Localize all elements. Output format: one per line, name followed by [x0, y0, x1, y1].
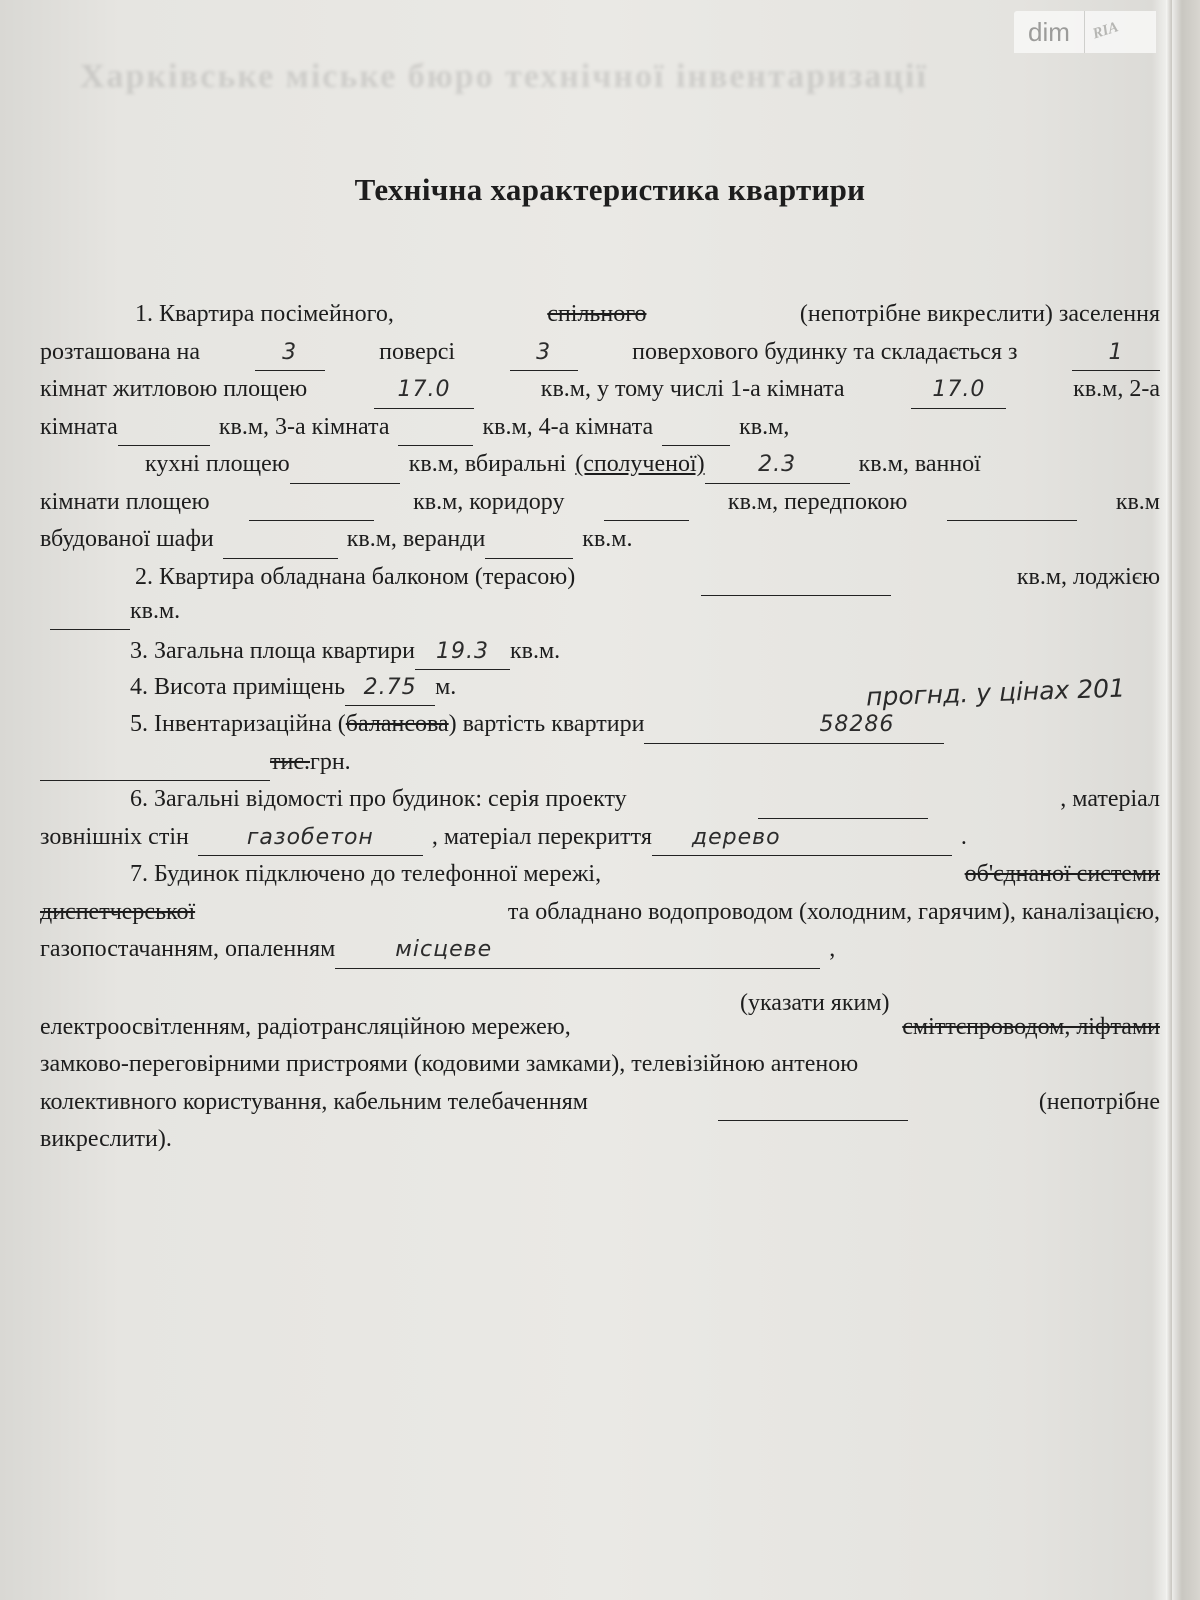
balcony-area-field	[701, 569, 891, 596]
section7-line4: електроосвітленням, радіотрансляційною м…	[40, 1009, 1160, 1047]
room2-area-field	[118, 419, 210, 446]
cable-tv-field	[718, 1094, 908, 1121]
struck-text: об'єднаної системи	[965, 856, 1160, 894]
living-area-value: 17.0	[374, 371, 474, 409]
text: (непотрібне викреслити) заселення	[800, 296, 1160, 334]
section7-line5: замково-переговірними пристроями (кодови…	[40, 1046, 1160, 1084]
section7-line3: газопостачанням, опаленням місцеве ,	[40, 931, 1160, 969]
document-body: 1. Квартира посімейного, спільного (непо…	[40, 296, 1160, 1159]
text: кв.м, лоджією	[1017, 559, 1160, 597]
text: кв.м, передпокою	[728, 484, 907, 522]
total-area-field: 19.3	[415, 643, 510, 670]
struck-text: балансова	[346, 711, 449, 737]
text: кв.м, коридору	[413, 484, 564, 522]
text: поверсі	[379, 334, 455, 372]
text: кв.м, у тому числі 1-а кімната	[541, 371, 845, 409]
text: (непотрібне	[1039, 1084, 1160, 1122]
wall-material-field: газобетон	[198, 829, 423, 856]
struck-text: тис.	[270, 749, 310, 775]
section1-line6: кімнати площею кв.м, коридору кв.м, пере…	[40, 484, 1160, 522]
text: кімната	[40, 409, 118, 447]
struck-text: спільного	[547, 296, 646, 334]
section7-line6: колективного користування, кабельним тел…	[40, 1084, 1160, 1122]
text: кв.м, ванної	[859, 446, 981, 484]
text: розташована на	[40, 334, 200, 372]
toilet-area-field: 2.3	[705, 457, 850, 484]
veranda-area-field	[485, 532, 573, 559]
section1-line5: кухні площею кв.м, вбиральні (сполученої…	[40, 446, 1160, 484]
heating-caption: (указати яким)	[740, 990, 890, 1017]
loggia-area-field	[50, 603, 130, 630]
closet-area-field	[223, 532, 338, 559]
text: 6. Загальні відомості про будинок: серія…	[130, 781, 627, 819]
section1-line3: кімнат житловою площею 17.0 кв.м, у тому…	[40, 371, 1160, 409]
heating-field: місцеве	[335, 942, 820, 969]
text: кв.м, 3-а кімната	[219, 409, 390, 447]
heating-value: місцеве	[335, 931, 820, 969]
room1-area-field: 17.0	[911, 382, 1006, 409]
section2-line2: кв.м.	[40, 596, 1160, 630]
room3-area-field	[398, 419, 473, 446]
section3-line: 3. Загальна площа квартири 19.3 кв.м.	[40, 630, 1160, 670]
section1-line2: розташована на 3 поверсі 3 поверхового б…	[40, 334, 1160, 372]
text: тис.грн.	[270, 744, 351, 782]
struck-text: сміттєпроводом, ліфтами	[902, 1009, 1160, 1047]
text: 1. Квартира посімейного,	[135, 296, 394, 334]
total-area-value: 19.3	[415, 633, 510, 671]
height-value: 2.75	[345, 669, 435, 707]
text: кв.м.	[130, 593, 180, 631]
text: , матеріал	[1060, 781, 1160, 819]
section1-line7: вбудованої шафи кв.м, веранди кв.м.	[40, 521, 1160, 559]
text: кв.м	[1116, 484, 1160, 522]
height-field: 2.75	[345, 679, 435, 706]
text: та обладнано водопроводом (холодним, гар…	[508, 894, 1160, 932]
section1-line1: 1. Квартира посімейного, спільного (непо…	[40, 296, 1160, 334]
inventory-value-cont-field	[40, 754, 270, 781]
floor-material-field: дерево	[652, 829, 952, 856]
living-area-field: 17.0	[374, 382, 474, 409]
text: 4. Висота приміщень	[130, 669, 345, 707]
text: кв.м,	[739, 409, 789, 447]
toilet-area-value: 2.3	[705, 446, 850, 484]
wall-material-value: газобетон	[198, 819, 423, 857]
page-edge	[1166, 0, 1172, 1600]
section7-line7: викреслити).	[40, 1121, 1160, 1159]
text: кв.м, веранди	[347, 521, 486, 559]
text: .	[961, 819, 967, 857]
section2-line1: 2. Квартира обладнана балконом (терасою)…	[40, 559, 1160, 597]
section1-line4: кімната кв.м, 3-а кімната кв.м, 4-а кімн…	[40, 409, 1160, 447]
struck-text: диспетчерської	[40, 894, 195, 932]
floors-total-value: 3	[510, 334, 578, 372]
text: електроосвітленням, радіотрансляційною м…	[40, 1009, 571, 1047]
text: поверхового будинку та складається з	[632, 334, 1017, 372]
text: 5. Інвентаризаційна (балансова) вартість…	[130, 706, 644, 744]
text: газопостачанням, опаленням	[40, 931, 335, 969]
text: колективного користування, кабельним тел…	[40, 1084, 588, 1122]
inventory-value: 58286	[644, 706, 944, 744]
text: кімнат житловою площею	[40, 371, 307, 409]
text: , матеріал перекриття	[432, 819, 652, 857]
section7-line2: диспетчерської та обладнано водопроводом…	[40, 894, 1160, 932]
section5-line2: тис.грн.	[40, 744, 1160, 782]
watermark-ria-logo-icon: RIA	[1083, 19, 1120, 46]
text: кімнати площею	[40, 484, 210, 522]
text: кв.м, 2-а	[1073, 371, 1160, 409]
watermark-dim: dim	[1014, 11, 1085, 53]
document-title: Технічна характеристика квартири	[0, 172, 1200, 208]
text: викреслити).	[40, 1121, 172, 1159]
bathroom-area-field	[249, 494, 374, 521]
text: кв.м, вбиральні	[409, 446, 567, 484]
floor-field: 3	[255, 344, 325, 371]
section5-line1: 5. Інвентаризаційна (балансова) вартість…	[40, 706, 1160, 744]
room4-area-field	[662, 419, 730, 446]
text: 3. Загальна площа квартири	[130, 633, 415, 671]
room1-area-value: 17.0	[911, 371, 1006, 409]
text: 7. Будинок підключено до телефонної мере…	[130, 856, 601, 894]
text: ,	[829, 931, 835, 969]
project-series-field	[758, 792, 928, 819]
text: кв.м.	[582, 521, 632, 559]
inventory-value-field: 58286	[644, 717, 944, 744]
dimria-watermark: dim RIA	[1014, 11, 1156, 53]
floor-value: 3	[255, 334, 325, 372]
hallway-area-field	[947, 494, 1077, 521]
text: м.	[435, 669, 456, 707]
section6-line2: зовнішніх стін газобетон , матеріал пере…	[40, 819, 1160, 857]
floor-material-value: дерево	[652, 819, 952, 857]
text: замково-переговірними пристроями (кодови…	[40, 1046, 858, 1084]
section7-caption-spacer	[40, 969, 1160, 1009]
section6-line1: 6. Загальні відомості про будинок: серія…	[40, 781, 1160, 819]
underlined-text: (сполученої)	[575, 446, 704, 484]
text: кухні площею	[145, 446, 290, 484]
text: зовнішніх стін	[40, 819, 189, 857]
text: кв.м.	[510, 633, 560, 671]
text: кв.м, 4-а кімната	[482, 409, 653, 447]
rooms-field: 1	[1072, 344, 1160, 371]
rooms-value: 1	[1072, 334, 1160, 372]
kitchen-area-field	[290, 457, 400, 484]
text: 2. Квартира обладнана балконом (терасою)	[135, 559, 575, 597]
faded-bleedthrough-header: Харківське міське бюро технічної інвента…	[80, 58, 1060, 98]
floors-total-field: 3	[510, 344, 578, 371]
text: вбудованої шафи	[40, 521, 214, 559]
section7-line1: 7. Будинок підключено до телефонної мере…	[40, 856, 1160, 894]
corridor-area-field	[604, 494, 689, 521]
